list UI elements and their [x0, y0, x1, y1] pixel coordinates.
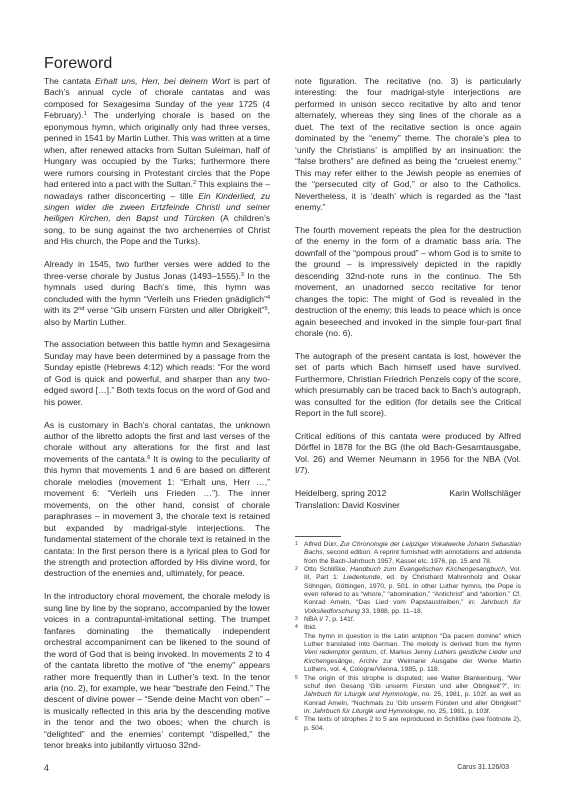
paragraph-critical-editions: Critical editions of this cantata were p… — [295, 431, 521, 477]
paragraph-association: The association between this battle hymn… — [44, 339, 270, 408]
paragraph-recitative: note figuration. The recitative (no. 3) … — [295, 76, 521, 213]
footnote-1: 1Alfred Dürr, Zur Chronologie der Leipzi… — [295, 541, 521, 566]
translator-credit: Translation: David Kosviner — [295, 500, 521, 511]
paragraph-fourth-movement: The fourth movement repeats the plea for… — [295, 225, 521, 340]
signature-block: Heidelberg, spring 2012 Karin Wollschläg… — [295, 488, 521, 511]
footnote-5: 5The origin of this strophe is disputed;… — [295, 675, 521, 717]
left-column: The cantata Erhalt uns, Herr, bei deinem… — [44, 76, 270, 752]
cantata-title: Erhalt uns, Herr, bei deinem Wort — [95, 76, 230, 86]
footnote-separator — [295, 536, 341, 537]
author-name: Karin Wollschläger — [450, 488, 522, 499]
footnote-3: 3NBA I/ 7, p. 141f. — [295, 616, 521, 624]
paragraph-autograph: The autograph of the present cantata is … — [295, 351, 521, 420]
footnote-4: 4Ibid.The hymn in question is the Latin … — [295, 624, 521, 674]
paragraph-intro: The cantata Erhalt uns, Herr, bei deinem… — [44, 76, 270, 248]
right-column: note figuration. The recitative (no. 3) … — [295, 76, 521, 511]
footnotes: 1Alfred Dürr, Zur Chronologie der Leipzi… — [295, 541, 521, 733]
paragraph-additional-verses: Already in 1545, two further verses were… — [44, 259, 270, 328]
footnote-6: 6The texts of strophes 2 to 5 are reprod… — [295, 716, 521, 733]
catalog-code: Carus 31.126/03 — [457, 764, 509, 771]
footnote-2: 2Otto Schlißke, Handbuch zum Evangelisch… — [295, 566, 521, 616]
page-number: 4 — [44, 763, 49, 773]
footnote-ref-4[interactable]: 4 — [267, 295, 270, 301]
paragraph-introductory-movement: In the introductory choral movement, the… — [44, 591, 270, 751]
paragraph-libretto: As is customary in Bach’s choral cantata… — [44, 420, 270, 580]
page-title: Foreword — [44, 55, 112, 73]
place-date: Heidelberg, spring 2012 — [295, 488, 386, 499]
